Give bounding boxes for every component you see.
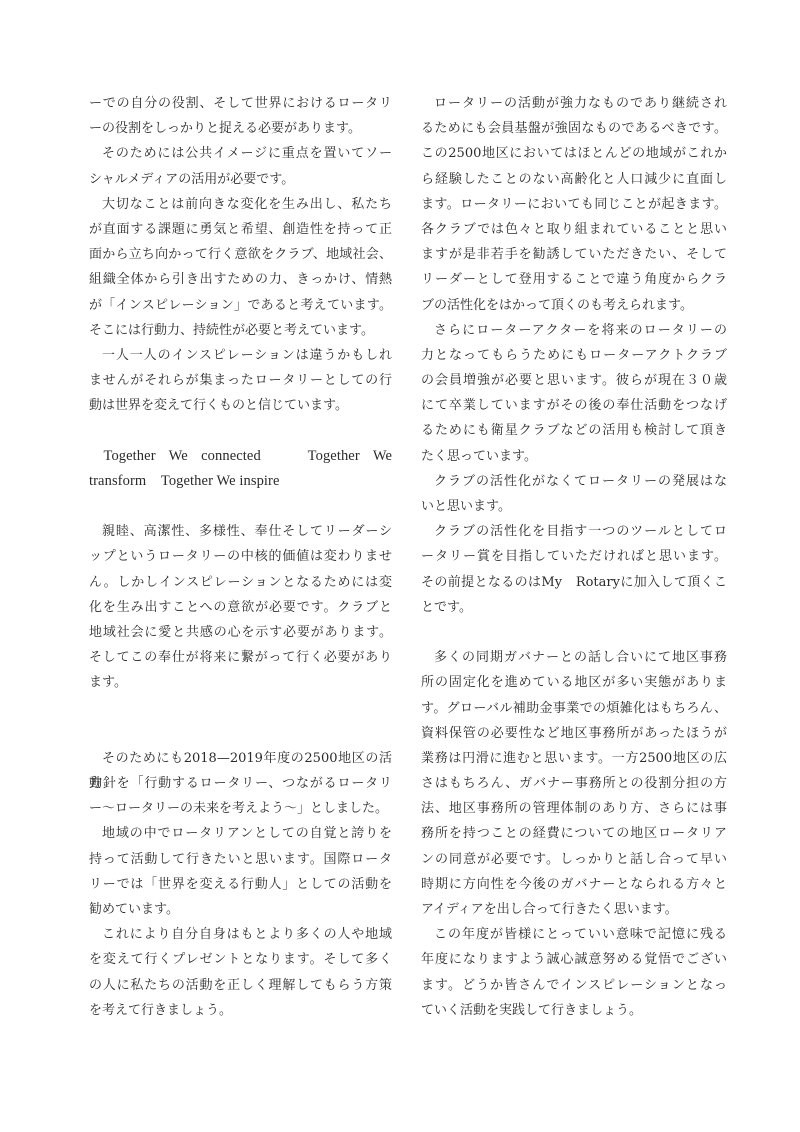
text-line: 方針を「行動するロータリー、つながるロータリ: [89, 771, 392, 796]
text-line: を考えて行きましょう。: [89, 998, 392, 1023]
text-line: ら経験したことのない高齢化と人口減少に直面し: [421, 167, 727, 192]
paragraph: この年度が皆様にとっていい意味で記憶に残る年度になりますよう誠心誠意努める覚悟で…: [421, 922, 727, 1023]
text-line: ロータリーの活動が強力なものであり継続され: [421, 91, 727, 116]
text-line: が直面する課題に勇気と希望、創造性を持って正: [89, 217, 392, 242]
text-line: 一人一人のインスピレーションは違うかもしれ: [89, 343, 392, 368]
text-line: 年度になりますよう誠心誠意努める覚悟でござい: [421, 947, 727, 972]
document-page: ーでの自分の役割、そして世界におけるロータリーの役割をしっかりと捉える必要があり…: [0, 0, 800, 1132]
text-line: ータリー賞を目指していただければと思います。: [421, 544, 727, 569]
text-line: ップというロータリーの中核的価値は変わりませ: [89, 544, 392, 569]
text-line: す。グローバル補助金事業での煩雑化はもちろん、: [421, 696, 727, 721]
text-line: の会員増強が必要と思います。彼らが現在３０歳: [421, 368, 727, 393]
text-line: 各クラブでは色々と取り組まれていることと思い: [421, 217, 727, 242]
text-line: この年度が皆様にとっていい意味で記憶に残る: [421, 922, 727, 947]
text-line: 化を生み出すことへの意欲が必要です。クラブと: [89, 595, 392, 620]
paragraph: 親睦、高潔性、多様性、奉仕そしてリーダーシップというロータリーの中核的価値は変わ…: [89, 519, 392, 695]
blank-line: [89, 696, 392, 721]
paragraph: 大切なことは前向きな変化を生み出し、私たちが直面する課題に勇気と希望、創造性を持…: [89, 192, 392, 343]
text-line: リーダーとして登用することで違う角度からクラ: [421, 267, 727, 292]
motto-paragraph: Together We connected Together Wetransfo…: [89, 444, 392, 494]
text-line: 持って活動して行きたいと思います。国際ロータ: [89, 847, 392, 872]
text-line: その前提となるのはMy Rotaryに加入して頂くこ: [421, 570, 727, 595]
paragraph: クラブの活性化を目指す一つのツールとしてロータリー賞を目指していただければと思い…: [421, 519, 727, 620]
text-line: ていく活動を実践して行きましょう。: [421, 998, 727, 1023]
text-line: 勧めています。: [89, 897, 392, 922]
text-line: ー～ロータリーの未来を考えよう～」としました。: [89, 796, 392, 821]
text-line: そしてこの奉仕が将来に繋がって行く必要があり: [89, 645, 392, 670]
text-line: クラブの活性化がなくてロータリーの発展はな: [421, 469, 727, 494]
paragraph: 地域の中でロータリアンとしての自覚と誇りを持って活動して行きたいと思います。国際…: [89, 821, 392, 922]
text-line: さはもちろん、ガバナー事務所との役割分担の方: [421, 771, 727, 796]
text-line: ブの活性化をはかって頂くのも考えられます。: [421, 293, 727, 318]
text-line: そのためには公共イメージに重点を置いてソー: [89, 141, 392, 166]
paragraph: 多くの同期ガバナーとの話し合いにて地区事務所の固定化を進めている地区が多い実態が…: [421, 645, 727, 922]
text-line: 地域の中でロータリアンとしての自覚と誇りを: [89, 821, 392, 846]
text-line: るためにも衛星クラブなどの活用も検討して頂き: [421, 418, 727, 443]
text-line: さらにローターアクターを将来のロータリーの: [421, 318, 727, 343]
text-line: この2500地区においてはほとんどの地域がこれか: [421, 141, 727, 166]
text-line: 動は世界を変えて行くものと信じています。: [89, 393, 392, 418]
text-line: Together We connected Together We: [89, 444, 392, 469]
text-line: にて卒業していますがその後の奉仕活動をつなげ: [421, 393, 727, 418]
text-line: ーの役割をしっかりと捉える必要があります。: [89, 116, 392, 141]
text-line: とです。: [421, 595, 727, 620]
text-line: 多くの同期ガバナーとの話し合いにて地区事務: [421, 645, 727, 670]
text-line: 大切なことは前向きな変化を生み出し、私たち: [89, 192, 392, 217]
text-line: いと思います。: [421, 494, 727, 519]
text-line: クラブの活性化を目指す一つのツールとしてロ: [421, 519, 727, 544]
blank-line: [89, 418, 392, 443]
text-line: 資料保管の必要性など地区事務所があったほうが: [421, 721, 727, 746]
right-text-column: ロータリーの活動が強力なものであり継続されるためにも会員基盤が強固なものであるべ…: [421, 91, 727, 1023]
text-line: これにより自分自身はもとより多くの人や地域: [89, 922, 392, 947]
text-line: 時期に方向性を今後のガバナーとなられる方々と: [421, 872, 727, 897]
text-line: そこには行動力、持続性が必要と考えています。: [89, 318, 392, 343]
text-line: リーでは「世界を変える行動人」としての活動を: [89, 872, 392, 897]
paragraph: ロータリーの活動が強力なものであり継続されるためにも会員基盤が強固なものであるべ…: [421, 91, 727, 318]
text-line: ンの同意が必要です。しっかりと話し合って早い: [421, 847, 727, 872]
blank-line: [421, 620, 727, 645]
text-line: 業務は円滑に進むと思います。一方2500地区の広: [421, 746, 727, 771]
text-line: ん。しかしインスピレーションとなるためには変: [89, 570, 392, 595]
text-line: を変えて行くプレゼントとなります。そして多く: [89, 947, 392, 972]
text-line: が「インスピレーション」であると考えています。: [89, 293, 392, 318]
text-line: 地域社会に愛と共感の心を示す必要があります。: [89, 620, 392, 645]
text-line: ませんがそれらが集まったロータリーとしての行: [89, 368, 392, 393]
text-line: transform Together We inspire: [89, 469, 392, 494]
paragraph: 一人一人のインスピレーションは違うかもしれませんがそれらが集まったロータリーとし…: [89, 343, 392, 419]
text-line: の人に私たちの活動を正しく理解してもらう方策: [89, 973, 392, 998]
paragraph: ーでの自分の役割、そして世界におけるロータリーの役割をしっかりと捉える必要があり…: [89, 91, 392, 141]
paragraph: クラブの活性化がなくてロータリーの発展はないと思います。: [421, 469, 727, 519]
text-line: そのためにも2018—2019年度の2500地区の活動: [89, 746, 392, 771]
text-line: 法、地区事務所の管理体制のあり方、さらには事: [421, 796, 727, 821]
text-line: ますが是非若手を勧誘していただきたい、そして: [421, 242, 727, 267]
text-line: 所の固定化を進めている地区が多い実態がありま: [421, 670, 727, 695]
text-line: 親睦、高潔性、多様性、奉仕そしてリーダーシ: [89, 519, 392, 544]
text-line: ます。どうか皆さんでインスピレーションとなっ: [421, 973, 727, 998]
text-line: シャルメディアの活用が必要です。: [89, 167, 392, 192]
paragraph: これにより自分自身はもとより多くの人や地域を変えて行くプレゼントとなります。そし…: [89, 922, 392, 1023]
blank-line: [89, 494, 392, 519]
blank-line: [89, 721, 392, 746]
left-text-column: ーでの自分の役割、そして世界におけるロータリーの役割をしっかりと捉える必要があり…: [89, 91, 392, 1023]
text-line: ます。: [89, 670, 392, 695]
paragraph: そのためには公共イメージに重点を置いてソーシャルメディアの活用が必要です。: [89, 141, 392, 191]
text-line: 務所を持つことの経費についての地区ロータリア: [421, 821, 727, 846]
text-line: たく思っています。: [421, 444, 727, 469]
text-line: 力となってもらうためにもローターアクトクラブ: [421, 343, 727, 368]
text-line: 面から立ち向かって行く意欲をクラブ、地域社会、: [89, 242, 392, 267]
text-line: アイディアを出し合って行きたく思います。: [421, 897, 727, 922]
text-line: ます。ロータリーにおいても同じことが起きます。: [421, 192, 727, 217]
paragraph: そのためにも2018—2019年度の2500地区の活動方針を「行動するロータリー…: [89, 746, 392, 822]
text-line: るためにも会員基盤が強固なものであるべきです。: [421, 116, 727, 141]
text-line: 組織全体から引き出すための力、きっかけ、情熱: [89, 267, 392, 292]
paragraph: さらにローターアクターを将来のロータリーの力となってもらうためにもローターアクト…: [421, 318, 727, 469]
text-line: ーでの自分の役割、そして世界におけるロータリ: [89, 91, 392, 116]
